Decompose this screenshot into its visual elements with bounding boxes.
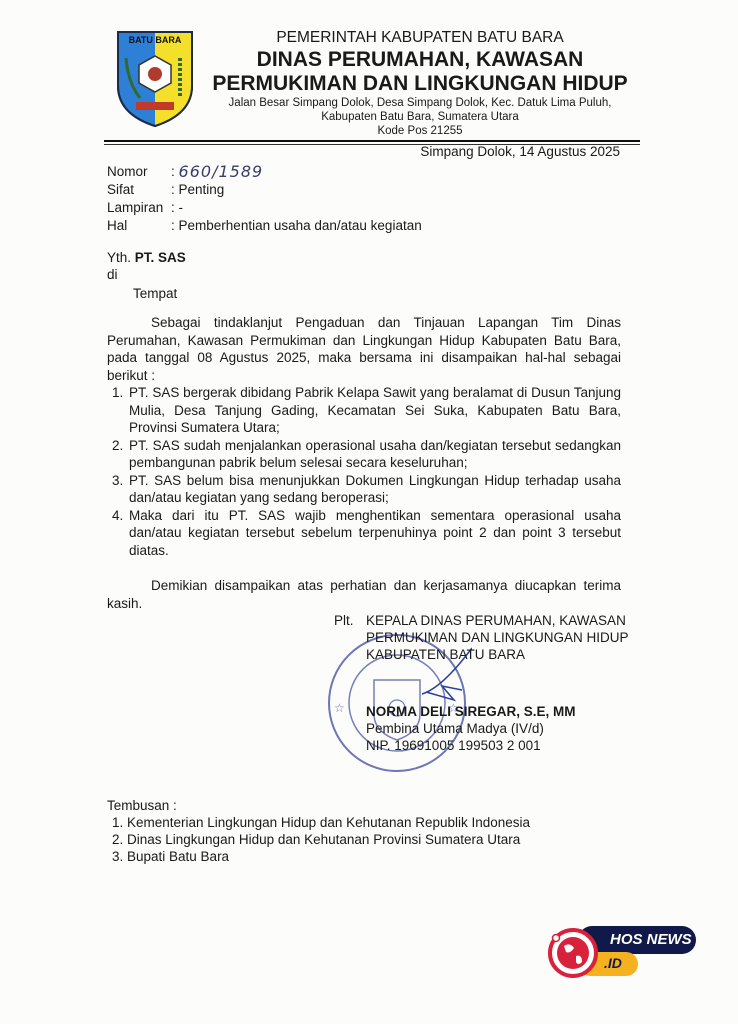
letter-number-handwritten: 660/1589: [179, 163, 264, 181]
brand-suffix: .ID: [604, 955, 622, 971]
recipient-di: di: [107, 266, 186, 283]
intro-paragraph: Sebagai tindaklanjut Pengaduan dan Tinja…: [107, 314, 621, 384]
meta-value: Penting: [179, 181, 225, 199]
meta-value: Pemberhentian usaha dan/atau kegiatan: [179, 217, 422, 235]
letterhead-divider: [104, 140, 640, 142]
signatory-rank: Pembina Utama Madya (IV/d): [334, 720, 629, 737]
address-line1: Jalan Besar Simpang Dolok, Desa Simpang …: [200, 96, 640, 110]
copy-item: Kementerian Lingkungan Hidup dan Kehutan…: [127, 814, 530, 831]
signature-position: PERMUKIMAN DAN LINGKUNGAN HIDUP: [334, 629, 629, 646]
agency-name-line2: PERMUKIMAN DAN LINGKUNGAN HIDUP: [200, 72, 640, 96]
recipient-block: Yth. PT. SAS di Tempat: [107, 249, 186, 302]
meta-row-hal: Hal : Pemberhentian usaha dan/atau kegia…: [107, 217, 422, 235]
meta-label: Nomor: [107, 163, 171, 181]
signature-position: KABUPATEN BATU BARA: [334, 646, 629, 663]
points-list: PT. SAS bergerak dibidang Pabrik Kelapa …: [107, 384, 621, 559]
address-line2: Kabupaten Batu Bara, Sumatera Utara: [200, 110, 640, 124]
meta-row-nomor: Nomor : 660/1589: [107, 163, 422, 181]
meta-value: -: [179, 199, 184, 217]
copy-item: Bupati Batu Bara: [127, 848, 530, 865]
postal-code: Kode Pos 21255: [200, 124, 640, 138]
meta-label: Lampiran: [107, 199, 171, 217]
agency-name-line1: DINAS PERUMAHAN, KAWASAN: [200, 48, 640, 72]
signatory-nip: NIP. 19691005 199503 2 001: [334, 737, 629, 754]
copies-block: Tembusan : Kementerian Lingkungan Hidup …: [107, 797, 530, 865]
recipient-name: PT. SAS: [135, 250, 186, 265]
recipient-place: Tempat: [107, 285, 186, 302]
point-item: PT. SAS sudah menjalankan operasional us…: [127, 437, 621, 472]
brand-name: HOS NEWS: [610, 931, 692, 948]
meta-separator: :: [171, 163, 175, 181]
meta-separator: :: [171, 199, 175, 217]
globe-icon: [548, 928, 598, 978]
letterhead: PEMERINTAH KABUPATEN BATU BARA DINAS PER…: [200, 28, 640, 138]
meta-separator: :: [171, 217, 175, 235]
signatory-name: NORMA DELI SIREGAR, S.E, MM: [334, 703, 629, 720]
copies-title: Tembusan :: [107, 797, 530, 814]
letter-page: BATU BARA PEMERINTAH KABUPATEN BATU BARA…: [0, 0, 738, 1024]
closing-paragraph: Demikian disampaikan atas perhatian dan …: [107, 577, 621, 612]
meta-row-sifat: Sifat : Penting: [107, 181, 422, 199]
signature-position: KEPALA DINAS PERUMAHAN, KAWASAN: [366, 612, 626, 629]
meta-label: Hal: [107, 217, 171, 235]
copies-list: Kementerian Lingkungan Hidup dan Kehutan…: [107, 814, 530, 865]
letter-meta: Nomor : 660/1589 Sifat : Penting Lampira…: [107, 163, 422, 235]
point-item: PT. SAS bergerak dibidang Pabrik Kelapa …: [127, 384, 621, 437]
copy-item: Dinas Lingkungan Hidup dan Kehutanan Pro…: [127, 831, 530, 848]
recipient-prefix: Yth.: [107, 250, 131, 265]
point-item: PT. SAS belum bisa menunjukkan Dokumen L…: [127, 472, 621, 507]
signature-plt: Plt.: [334, 612, 366, 629]
letter-date: Simpang Dolok, 14 Agustus 2025: [420, 144, 620, 159]
svg-text:BATU BARA: BATU BARA: [129, 35, 182, 45]
meta-label: Sifat: [107, 181, 171, 199]
signature-block: Plt.KEPALA DINAS PERUMAHAN, KAWASAN PERM…: [334, 612, 629, 754]
point-item: Maka dari itu PT. SAS wajib menghentikan…: [127, 507, 621, 560]
government-name: PEMERINTAH KABUPATEN BATU BARA: [200, 28, 640, 48]
meta-separator: :: [171, 181, 175, 199]
hos-news-watermark: HOS NEWS .ID: [548, 922, 698, 980]
letter-body: Sebagai tindaklanjut Pengaduan dan Tinja…: [107, 314, 621, 612]
batu-bara-coat-of-arms-icon: BATU BARA: [114, 28, 196, 128]
meta-row-lampiran: Lampiran : -: [107, 199, 422, 217]
